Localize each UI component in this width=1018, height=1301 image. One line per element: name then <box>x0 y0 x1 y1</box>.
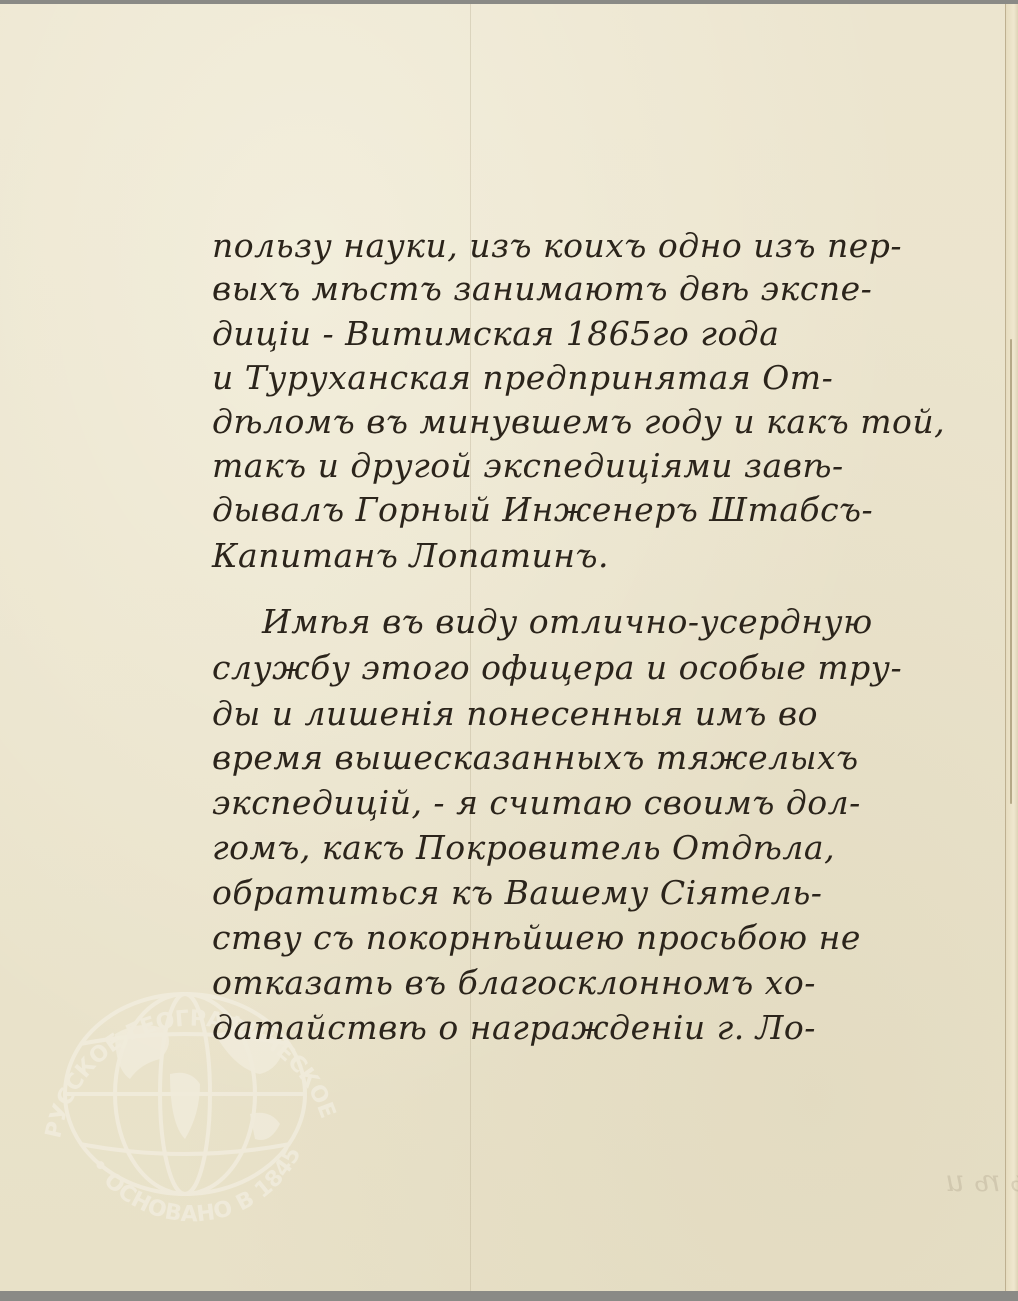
text-line: выхъ мѣстъ занимаютъ двѣ экспе- <box>212 269 872 309</box>
text-line: гомъ, какъ Покровитель Отдѣла, <box>212 828 835 868</box>
text-line: дѣломъ въ минувшемъ году и какъ той, <box>212 402 945 442</box>
text-line: диціи - Витимская 1865го года <box>212 314 779 354</box>
text-line: обратиться къ Вашему Сіятель- <box>212 873 822 913</box>
text-line: службу этого офицера и особые тру- <box>212 648 902 688</box>
document-page: РУССКОЕ ГЕОГРАФИЧЕСКОЕ ОБЩЕСТВО • ОСНОВА… <box>0 4 1018 1291</box>
text-line: время вышесказанныхъ тяжелыхъ <box>212 738 859 778</box>
handwritten-text: пользу науки, изъ коихъ одно изъ пер- вы… <box>0 4 1018 1291</box>
text-line: такъ и другой экспедиціями завѣ- <box>212 446 844 486</box>
text-line: пользу науки, изъ коихъ одно изъ пер- <box>212 226 902 266</box>
paragraph-start-line: Имѣя въ виду отлично-усердную <box>262 602 873 642</box>
text-line: датайствѣ о награжденіи г. Ло- <box>212 1008 816 1048</box>
text-line: экспедицій, - я считаю своимъ дол- <box>212 783 861 823</box>
text-line: и Туруханская предпринятая От- <box>212 358 833 398</box>
text-line: Капитанъ Лопатинъ. <box>212 536 609 576</box>
text-line: ству съ покорнѣйшею просьбою не <box>212 918 861 958</box>
text-line: ды и лишенія понесенныя имъ во <box>212 694 818 734</box>
text-line: отказать въ благосклонномъ хо- <box>212 963 816 1003</box>
text-line: дывалъ Горный Инженеръ Штабсъ- <box>212 490 873 530</box>
